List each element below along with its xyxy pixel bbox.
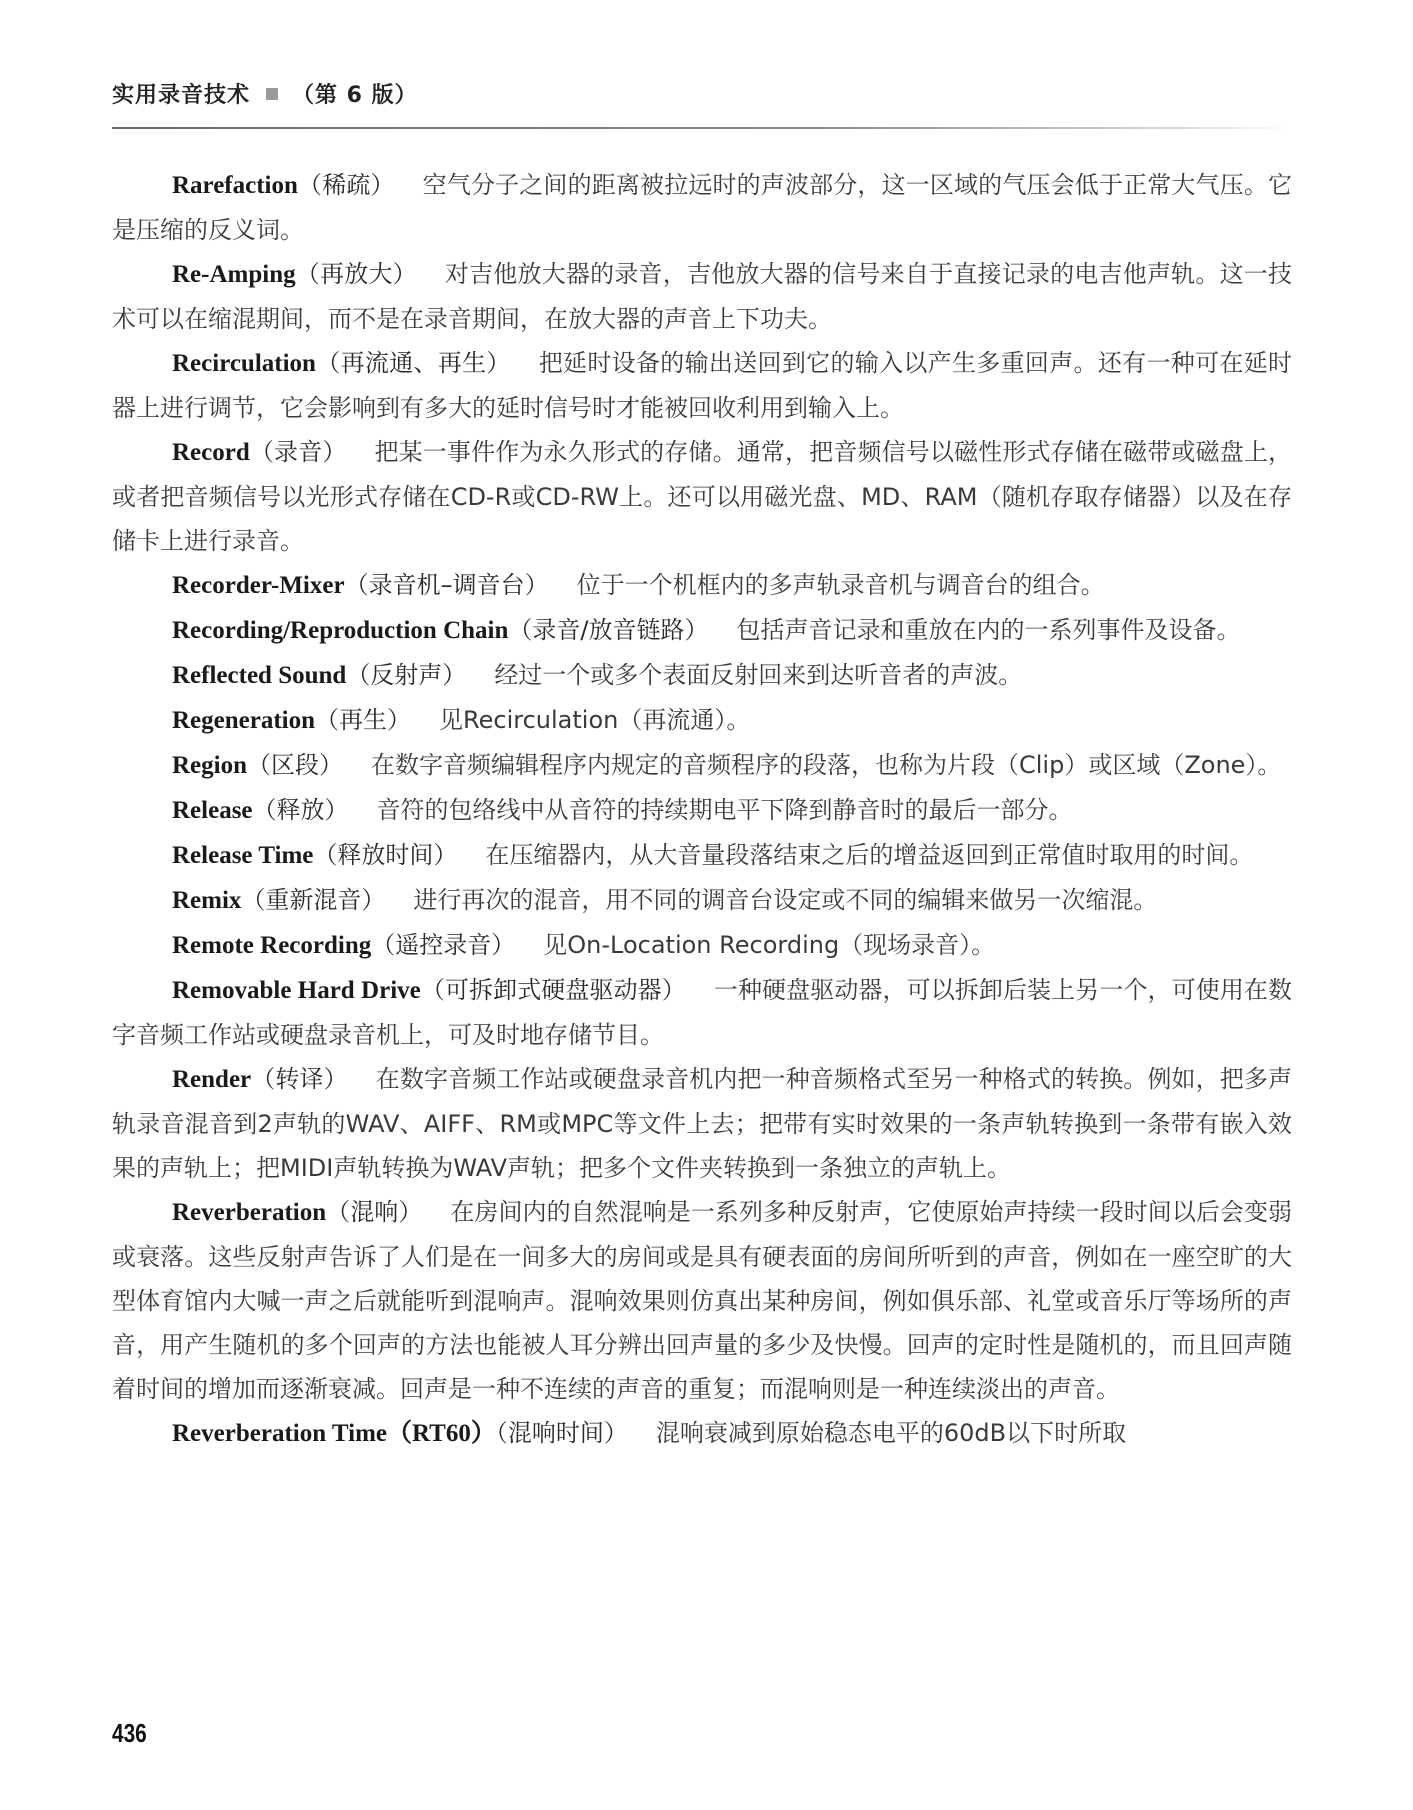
entry-term: Reflected Sound	[172, 662, 346, 689]
entry-term: Release	[172, 797, 253, 824]
glossary-entry-release-time: Release Time（释放时间）在压缩器内，从大音量段落结束之后的增益返回到…	[112, 833, 1292, 878]
entry-gloss: （混响时间）	[496, 1419, 628, 1447]
glossary-entry-regeneration: Regeneration（再生）见Recirculation（再流通）。	[112, 698, 1292, 743]
entry-definition: 位于一个机框内的多声轨录音机与调音台的组合。	[577, 571, 1105, 599]
entry-term: Remix	[172, 887, 241, 914]
entry-definition: 见Recirculation（再流通）。	[439, 706, 750, 734]
glossary-entry-render: Render（转译）在数字音频工作站或硬盘录音机内把一种音频格式至另一种格式的转…	[112, 1057, 1292, 1190]
entry-definition: 包括声音记录和重放在内的一系列事件及设备。	[736, 616, 1240, 644]
entry-gloss: （释放）	[253, 796, 349, 824]
glossary-entry-recorder-mixer: Recorder-Mixer（录音机–调音台）位于一个机框内的多声轨录音机与调音…	[112, 563, 1292, 608]
header-rule	[112, 127, 1292, 129]
entry-term: Regeneration	[172, 707, 315, 734]
entry-definition: 进行再次的混音，用不同的调音台设定或不同的编辑来做另一次缩混。	[413, 886, 1157, 914]
entry-definition: 见On-Location Recording（现场录音）。	[543, 931, 995, 959]
entry-gloss: （遥控录音）	[371, 931, 515, 959]
entry-term: Region	[172, 752, 247, 779]
entry-term: Recorder-Mixer	[172, 572, 345, 599]
entry-gloss: （反射声）	[346, 661, 466, 689]
entry-gloss: （录音）	[250, 438, 347, 466]
entry-term: Re-Amping	[172, 261, 296, 288]
entry-gloss: （再放大）	[296, 260, 417, 288]
glossary-entry-removable-hard-drive: Removable Hard Drive（可拆卸式硬盘驱动器）一种硬盘驱动器，可…	[112, 968, 1292, 1057]
page-number: 436	[112, 1718, 147, 1749]
entry-definition: 在房间内的自然混响是一系列多种反射声，它使原始声持续一段时间以后会变弱或衰落。这…	[112, 1198, 1292, 1403]
entry-definition: 音符的包络线中从音符的持续期电平下降到静音时的最后一部分。	[377, 796, 1073, 824]
entry-gloss: （释放时间）	[313, 841, 457, 869]
glossary-entry-remote-recording: Remote Recording（遥控录音）见On-Location Recor…	[112, 923, 1292, 968]
glossary-entry-release: Release（释放）音符的包络线中从音符的持续期电平下降到静音时的最后一部分。	[112, 788, 1292, 833]
entry-term: Recirculation	[172, 350, 316, 377]
entry-definition: 在数字音频编辑程序内规定的音频程序的段落，也称为片段（Clip）或区域（Zone…	[371, 751, 1281, 779]
entry-gloss: （再生）	[315, 706, 411, 734]
entry-definition: 在压缩器内，从大音量段落结束之后的增益返回到正常值时取用的时间。	[485, 841, 1253, 869]
entry-term: Render	[172, 1066, 251, 1093]
entry-gloss: （区段）	[247, 751, 343, 779]
entry-gloss: （录音/放音链路）	[508, 616, 708, 644]
entry-term: Reverberation	[172, 1199, 326, 1226]
entry-gloss: （混响）	[326, 1198, 422, 1226]
entry-term: Record	[172, 439, 250, 466]
separator-square-icon	[266, 88, 278, 100]
entry-definition: 混响衰减到原始稳态电平的60dB以下时所取	[656, 1419, 1126, 1447]
glossary-entry-remix: Remix（重新混音）进行再次的混音，用不同的调音台设定或不同的编辑来做另一次缩…	[112, 878, 1292, 923]
entry-gloss: （可拆卸式硬盘驱动器）	[421, 976, 686, 1004]
edition-label: （第 6 版）	[292, 78, 418, 109]
entry-definition: 经过一个或多个表面反射回来到达听音者的声波。	[494, 661, 1022, 689]
entry-gloss: （转译）	[251, 1065, 348, 1093]
entry-gloss: （重新混音）	[241, 886, 385, 914]
entry-term: Recording/Reproduction Chain	[172, 617, 508, 644]
glossary-entry-re-amping: Re-Amping（再放大）对吉他放大器的录音，吉他放大器的信号来自于直接记录的…	[112, 252, 1292, 341]
glossary-entry-recording-reproduction-chain: Recording/Reproduction Chain（录音/放音链路）包括声…	[112, 608, 1292, 653]
entry-gloss: （再流通、再生）	[316, 349, 511, 377]
entry-term: Removable Hard Drive	[172, 977, 421, 1004]
entry-term: Reverberation Time（RT60）	[172, 1420, 496, 1447]
book-title: 实用录音技术	[112, 78, 250, 109]
entry-term: Rarefaction	[172, 172, 298, 199]
glossary-entry-rarefaction: Rarefaction（稀疏）空气分子之间的距离被拉远时的声波部分，这一区域的气…	[112, 163, 1292, 252]
glossary-entry-recirculation: Recirculation（再流通、再生）把延时设备的输出送回到它的输入以产生多…	[112, 341, 1292, 430]
entry-gloss: （稀疏）	[298, 171, 395, 199]
running-header: 实用录音技术 （第 6 版）	[112, 78, 418, 109]
glossary-entry-reverberation: Reverberation（混响）在房间内的自然混响是一系列多种反射声，它使原始…	[112, 1190, 1292, 1411]
entry-gloss: （录音机–调音台）	[345, 571, 549, 599]
glossary-entry-record: Record（录音）把某一事件作为永久形式的存储。通常，把音频信号以磁性形式存储…	[112, 430, 1292, 563]
glossary-entry-region: Region（区段）在数字音频编辑程序内规定的音频程序的段落，也称为片段（Cli…	[112, 743, 1292, 788]
glossary-entry-reverberation-time: Reverberation Time（RT60）（混响时间）混响衰减到原始稳态电…	[112, 1411, 1292, 1456]
entry-term: Remote Recording	[172, 932, 371, 959]
entry-term: Release Time	[172, 842, 313, 869]
glossary-entry-reflected-sound: Reflected Sound（反射声）经过一个或多个表面反射回来到达听音者的声…	[112, 653, 1292, 698]
glossary-content: Rarefaction（稀疏）空气分子之间的距离被拉远时的声波部分，这一区域的气…	[112, 163, 1292, 1456]
